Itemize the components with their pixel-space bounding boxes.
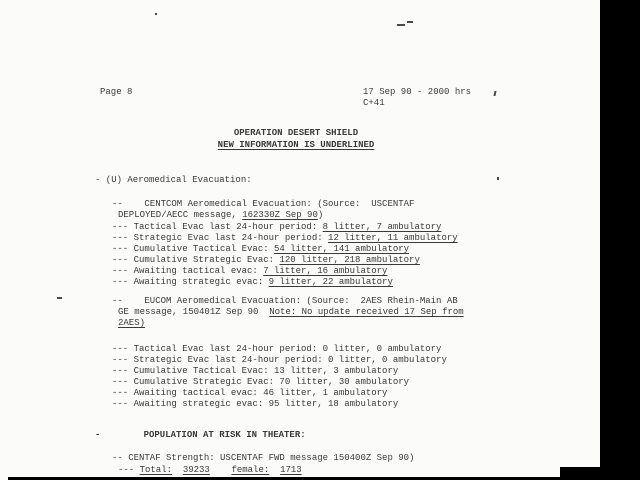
line-text: --- [118,465,140,475]
document-line: -- EUCOM Aeromedical Evacuation: (Source… [112,296,458,306]
line-text: --- Cumulative Strategic Evac: 70 litter… [112,377,409,387]
document-line: --- Awaiting strategic evac: 95 litter, … [112,399,398,409]
document-line: --- Awaiting tactical evac: 7 litter, 16… [112,266,387,276]
underlined-new-information: Note: No update received 17 Sep from [269,307,463,317]
line-text: DEPLOYED/AECC message, [118,210,242,220]
c-day-counter: C+41 [363,98,385,108]
line-text: --- Cumulative Strategic Evac: [112,255,279,265]
document-line: - POPULATION AT RISK IN THEATER: [95,430,306,440]
underlined-new-information: 9 litter, 22 ambulatory [269,277,393,287]
line-text: -- CENTAF Strength: USCENTAF FWD message… [112,453,414,463]
document-line: --- Cumulative Strategic Evac: 120 litte… [112,255,420,265]
scanned-document-page: Page 8 17 Sep 90 - 2000 hrs C+41 OPERATI… [0,0,640,480]
line-text: --- Awaiting strategic evac: [112,277,269,287]
document-line: --- Strategic Evac last 24-hour period: … [112,233,458,243]
line-text [269,465,280,475]
line-text [172,465,183,475]
line-text: --- Tactical Evac last 24-hour period: 0… [112,344,441,354]
right-edge-scan-band [600,0,640,480]
underlined-new-information: 1713 [280,465,302,475]
underlined-new-information: female: [231,465,269,475]
line-text: ) [318,210,323,220]
document-line: -- CENTCOM Aeromedical Evacuation: (Sour… [112,199,414,209]
line-text: - POPULATION AT RISK IN THEATER: [95,430,306,440]
document-line: 2AES) [118,318,145,328]
line-text: - (U) Aeromedical Evacuation: [95,175,252,185]
document-line: --- Awaiting tactical evac: 46 litter, 1… [112,388,387,398]
line-text [210,465,232,475]
underlined-new-information: 39233 [183,465,210,475]
line-text: --- Cumulative Tactical Evac: 13 litter,… [112,366,398,376]
line-text: --- Cumulative Tactical Evac: [112,244,274,254]
report-datetime: 17 Sep 90 - 2000 hrs [363,87,471,97]
underlined-new-information: 120 litter, 218 ambulatory [279,255,419,265]
document-line: - (U) Aeromedical Evacuation: [95,175,252,185]
document-subtitle: NEW INFORMATION IS UNDERLINED [218,140,375,150]
line-text: --- Tactical Evac last 24-hour period: [112,222,323,232]
document-line: --- Awaiting strategic evac: 9 litter, 2… [112,277,393,287]
document-line: GE message, 150401Z Sep 90 Note: No upda… [118,307,464,317]
line-text: GE message, 150401Z Sep 90 [118,307,269,317]
scan-speck [155,13,157,15]
line-text: -- CENTCOM Aeromedical Evacuation: (Sour… [112,199,414,209]
underlined-new-information: 162330Z Sep 90 [242,210,318,220]
underlined-new-information: 54 litter, 141 ambulatory [274,244,409,254]
underlined-new-information: 2AES) [118,318,145,328]
line-text: --- Strategic Evac last 24-hour period: … [112,355,447,365]
document-line: DEPLOYED/AECC message, 162330Z Sep 90) [118,210,323,220]
document-line: --- Strategic Evac last 24-hour period: … [112,355,447,365]
document-line: --- Tactical Evac last 24-hour period: 8… [112,222,441,232]
scan-speck [497,177,499,180]
line-text: --- Awaiting tactical evac: [112,266,263,276]
page-number: Page 8 [100,87,132,97]
document-line: -- CENTAF Strength: USCENTAF FWD message… [112,453,414,463]
line-text: --- Strategic Evac last 24-hour period: [112,233,328,243]
document-line: --- Cumulative Strategic Evac: 70 litter… [112,377,409,387]
underlined-new-information: 8 litter, 7 ambulatory [323,222,442,232]
line-text: --- Awaiting strategic evac: 95 litter, … [112,399,398,409]
document-title: OPERATION DESERT SHIELD [234,128,358,138]
document-line: --- Tactical Evac last 24-hour period: 0… [112,344,441,354]
underlined-new-information: 12 litter, 11 ambulatory [328,233,458,243]
line-text: -- EUCOM Aeromedical Evacuation: (Source… [112,296,458,306]
line-text: --- Awaiting tactical evac: 46 litter, 1… [112,388,387,398]
scan-speck [407,21,413,23]
document-text-layer: Page 8 17 Sep 90 - 2000 hrs C+41 OPERATI… [0,0,640,480]
document-line: --- Cumulative Tactical Evac: 54 litter,… [112,244,409,254]
document-line: --- Cumulative Tactical Evac: 13 litter,… [112,366,398,376]
underlined-new-information: 7 litter, 16 ambulatory [263,266,387,276]
scan-speck [57,297,62,299]
underlined-new-information: Total: [140,465,172,475]
scan-speck [397,24,405,26]
document-line: --- Total: 39233 female: 1713 [118,465,302,475]
